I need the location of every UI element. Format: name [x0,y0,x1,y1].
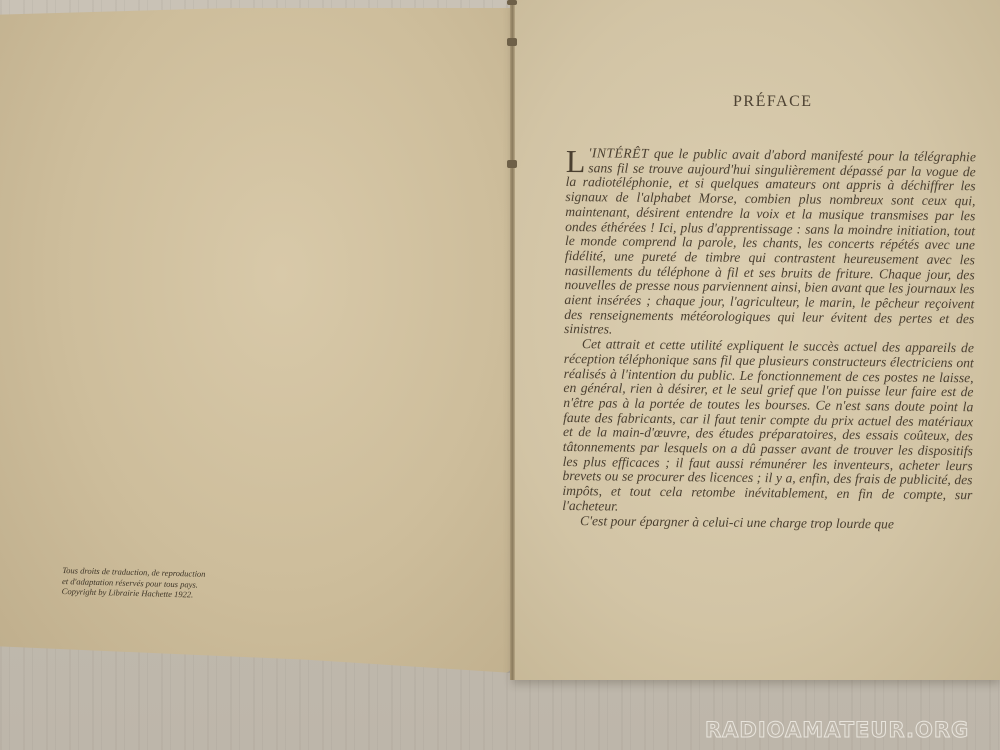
paragraph: L'INTÉRÊT que le public avait d'abord ma… [564,146,976,341]
preface-body: L'INTÉRÊT que le public avait d'abord ma… [562,146,976,533]
paragraph: Cet attrait et cette utilité expliquent … [562,337,974,518]
watermark: RADIOAMATEUR.ORG [705,718,969,742]
drop-cap: L [566,148,586,174]
opening-word: 'INTÉRÊT [588,145,649,161]
copyright-imprint: Tous droits de traduction, de reproducti… [62,565,213,600]
paragraph-text: que le public avait d'abord manifesté po… [564,146,976,337]
page-title: PRÉFACE [733,93,813,111]
book-gutter [510,0,515,680]
binding-stitch [507,160,517,168]
binding-stitch [507,38,517,46]
binding-stitch [507,0,517,5]
